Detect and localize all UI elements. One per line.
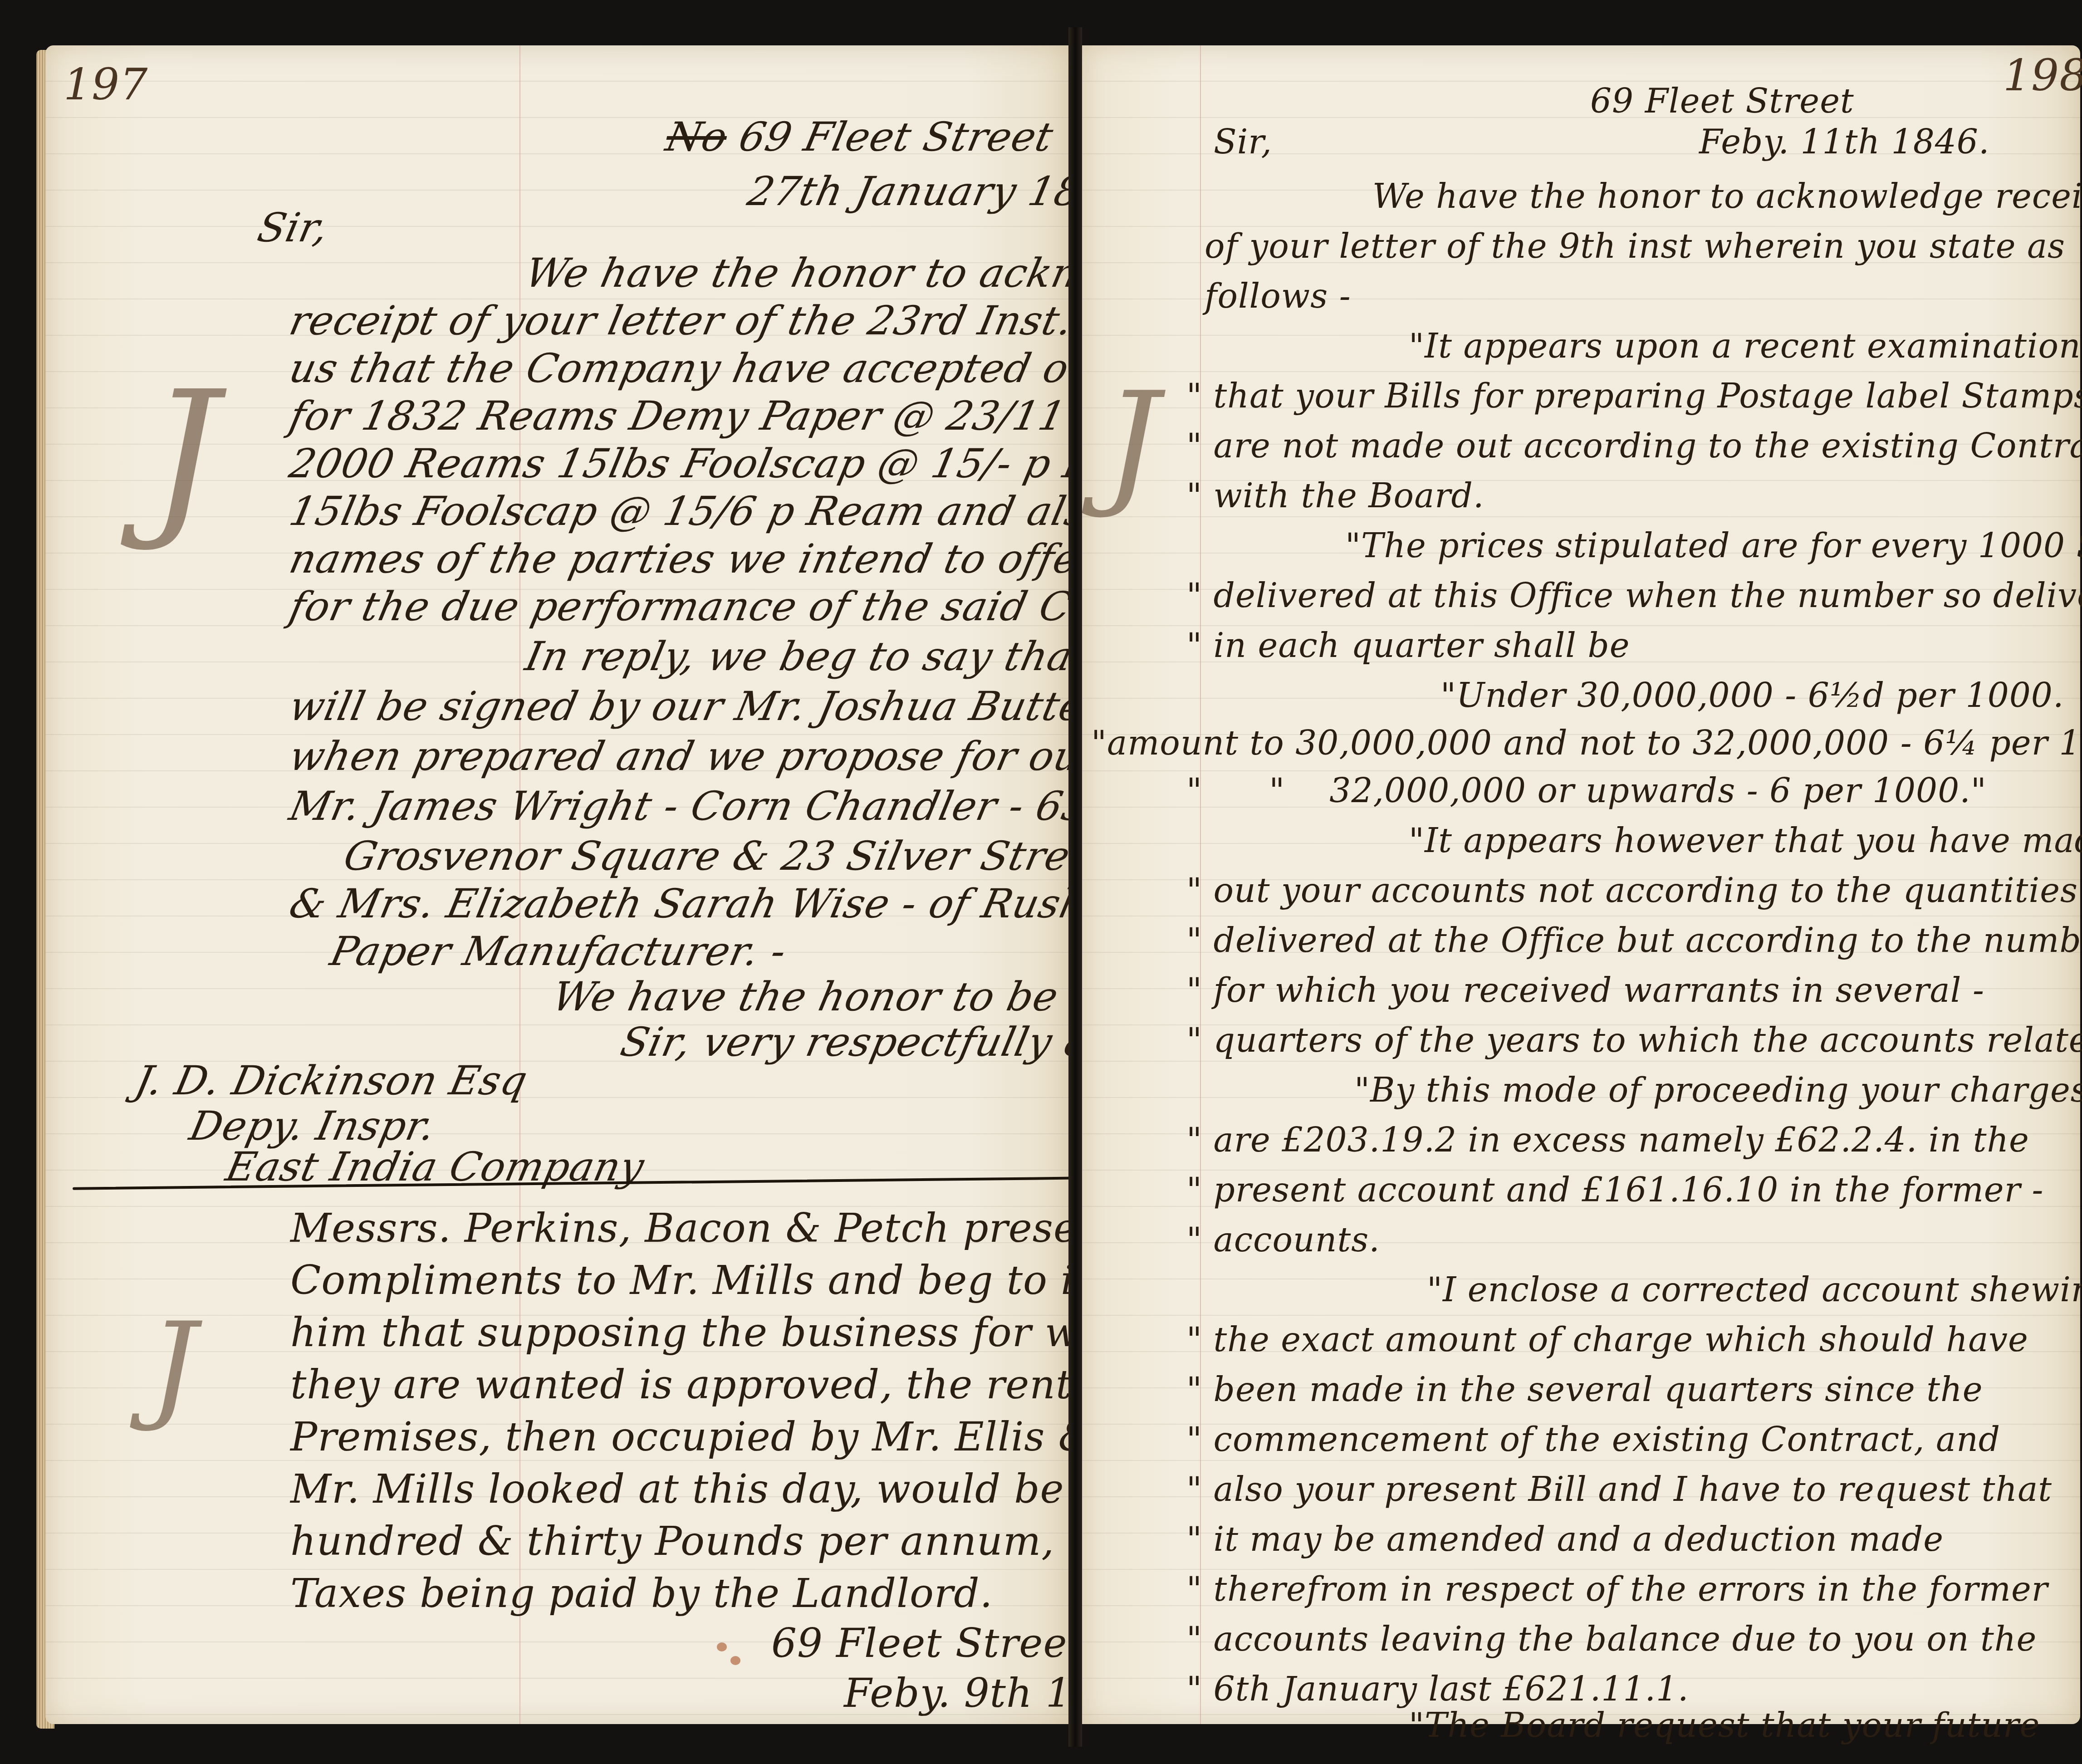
letter-line: "The Board request that your future	[1409, 1706, 2040, 1745]
letter-line: " it may be amended and a deduction made	[1186, 1520, 1944, 1559]
price-line: " " 32,000,000 or upwards - 6 per 1000."	[1186, 771, 1987, 810]
letter2-address: 69 Fleet Street	[771, 1620, 1084, 1666]
letter-line: " commencement of the existing Contract,…	[1186, 1420, 2000, 1459]
addressee-title: Depy. Inspr.	[186, 1102, 440, 1149]
letter-line: " with the Board.	[1186, 476, 1484, 515]
marginal-mark-icon: J	[150, 1298, 197, 1435]
letter1-salutation: Sir,	[254, 204, 333, 251]
letter2-line: Mr. Mills looked at this day, would be O…	[290, 1465, 1161, 1512]
letter-line: " that your Bills for preparing Postage …	[1186, 377, 2082, 416]
letter2-line: Compliments to Mr. Mills and beg to info…	[290, 1257, 1198, 1303]
price-line: "amount to 30,000,000 and not to 32,000,…	[1091, 724, 2082, 763]
letter-line: "It appears upon a recent examination	[1409, 327, 2081, 366]
letter-line: " therefrom in respect of the errors in …	[1186, 1570, 2048, 1609]
left-page: 197 No 69 Fleet Street 27th January 1846…	[45, 45, 1068, 1724]
marginal-mark-icon: J	[150, 354, 219, 555]
letter2-line: hundred & thirty Pounds per annum, the	[290, 1518, 1134, 1564]
letter-line: " delivered at the Office but according …	[1186, 921, 2082, 960]
letter-line: follows -	[1205, 277, 1351, 316]
letter-line: " accounts leaving the balance due to yo…	[1186, 1620, 2037, 1659]
marginal-mark-icon: J	[1105, 363, 1159, 521]
addressee-name: J. D. Dickinson Esq	[131, 1057, 532, 1104]
letter-line: " are £203.19.2 in excess namely £62.2.4…	[1186, 1121, 2029, 1160]
letter-line: We have the honor to acknowledge receipt	[1372, 177, 2082, 216]
address-text: 69 Fleet Street	[735, 113, 1058, 160]
page-number: 198	[2003, 50, 2082, 101]
ink-stain	[717, 1642, 727, 1651]
letter-line: "By this mode of proceeding your charges	[1354, 1071, 2082, 1110]
letter-line: " the exact amount of charge which shoul…	[1186, 1320, 2028, 1359]
letter-line: " been made in the several quarters sinc…	[1186, 1370, 1983, 1409]
letter-line: " present account and £161.16.10 in the …	[1186, 1171, 2044, 1210]
letter-line: "The prices stipulated are for every 100…	[1345, 526, 2082, 565]
price-line: "Under 30,000,000 - 6½d per 1000.	[1440, 676, 2064, 715]
book-gutter	[1068, 27, 1082, 1747]
letter1-closing: Sir, very respectfully &c	[617, 1019, 1128, 1065]
letter2-line: Taxes being paid by the Landlord.	[290, 1570, 993, 1617]
page-number: 197	[64, 59, 148, 110]
letter-line: " 6th January last £621.11.1.	[1186, 1670, 1689, 1709]
letter2-line: they are wanted is approved, the rent of…	[290, 1361, 1205, 1408]
letter1-address: No 69 Fleet Street	[662, 113, 1058, 160]
letter-line: "I enclose a corrected account shewing	[1427, 1270, 2082, 1309]
letter-line: " quarters of the years to which the acc…	[1186, 1021, 2082, 1060]
letter-line: " accounts.	[1186, 1220, 1380, 1259]
letter1-line: Paper Manufacturer. -	[326, 928, 791, 975]
letter-line: " in each quarter shall be	[1186, 626, 1630, 665]
letter-line: of your letter of the 9th inst wherein y…	[1205, 227, 2065, 266]
letter-address: 69 Fleet Street	[1590, 82, 1854, 121]
letter-date: Feby. 11th 1846.	[1699, 122, 1989, 162]
letter-line: " delivered at this Office when the numb…	[1186, 576, 2082, 615]
struck-prefix: No	[662, 113, 732, 160]
letter-line: " for which you received warrants in sev…	[1186, 971, 1984, 1010]
letter-line: " also your present Bill and I have to r…	[1186, 1470, 2052, 1509]
letter2-line: him that supposing the business for whic…	[290, 1309, 1168, 1356]
letter-line: "It appears however that you have made	[1409, 821, 2082, 860]
letter1-closing: We have the honor to be	[549, 973, 1063, 1020]
letter-book-spread: 197 No 69 Fleet Street 27th January 1846…	[18, 27, 2069, 1747]
ink-stain	[730, 1656, 740, 1665]
right-page: 198 69 Fleet Street Sir, Feby. 11th 1846…	[1082, 45, 2080, 1724]
letter-line: " out your accounts not according to the…	[1186, 871, 2078, 910]
letter-line: " are not made out according to the exis…	[1186, 426, 2082, 465]
letter-salutation: Sir,	[1214, 122, 1272, 162]
